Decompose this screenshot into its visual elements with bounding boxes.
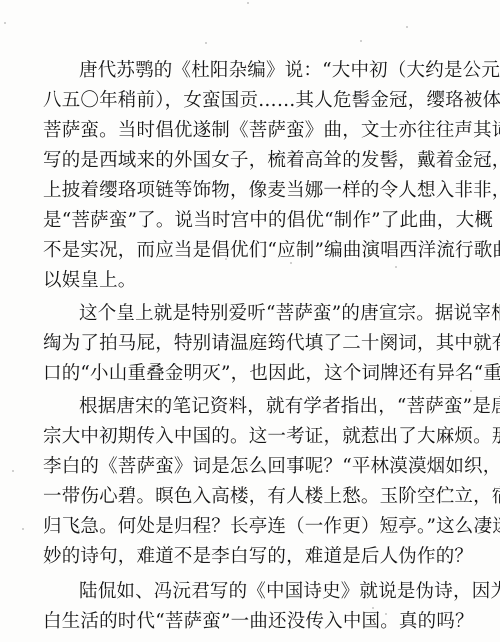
scan-speck [290,262,292,264]
scan-speck [4,22,6,24]
scan-speck [165,252,167,254]
paragraph-3-line-5: 归飞急。何处是归程？长亭连（一作更）短亭。”这么凄迷美 [43,513,457,541]
scan-speck [225,258,227,260]
scanned-book-page: 唐代苏鹗的《杜阳杂编》说：“大中初（大约是公元 八五〇年稍前），女蛮国贡……其人… [0,0,500,642]
paragraph-2-line-1: 这个皇上就是特别爱听“菩萨蛮”的唐宣宗。据说宰相令狐 [79,300,457,328]
scan-speck [395,266,397,268]
paragraph-3-line-4: 一带伤心碧。暝色入高楼，有人楼上愁。玉阶空伫立，宿鸟 [43,483,457,511]
paragraph-3-line-3: 李白的《菩萨蛮》词是怎么回事呢？“平林漠漠烟如织，寒山 [43,453,457,481]
paragraph-4-line-2: 白生活的时代“菩萨蛮”一曲还没传入中国。真的吗？ [43,608,457,636]
scan-speck [115,612,117,614]
paragraph-3-line-6: 妙的诗句，难道不是李白写的，难道是后人伪作的？ [43,543,457,571]
paragraph-1-line-6: 是“菩萨蛮”了。说当时宫中的倡优“制作”了此曲，大概 [43,207,457,235]
scan-speck [406,26,408,28]
paragraph-2-line-3: 口的“小山重叠金明灭”，也因此，这个词牌还有异名“重叠金”。 [43,360,457,388]
paragraph-1-line-4: 写的是西域来的外国女子，梳着高耸的发髻，戴着金冠，身 [43,147,457,175]
paragraph-1-line-1: 唐代苏鹗的《杜阳杂编》说：“大中初（大约是公元 [79,57,457,85]
paragraph-1-line-7: 不是实况，而应当是倡优们“应制”编曲演唱西洋流行歌曲， [43,237,457,265]
scan-speck [205,42,207,44]
scan-speck [372,607,374,609]
scan-speck [493,305,495,307]
scan-speck [247,2,249,4]
scan-speck [488,186,490,188]
paragraph-1-line-3: 菩萨蛮。当时倡优遂制《菩萨蛮》曲，文士亦往往声其词。” [43,117,457,145]
paragraph-1-line-8: 以娱皇上。 [43,267,457,295]
paragraph-1-line-5: 上披着缨珞项链等饰物，像麦当娜一样的令人想入非非，就 [43,177,457,205]
paragraph-1-line-2: 八五〇年稍前），女蛮国贡……其人危髻金冠，缨珞被体，号 [43,87,457,115]
paragraph-3-line-2: 宗大中初期传入中国的。这一考证，就惹出了大麻烦。那么， [43,423,457,451]
paragraph-2-line-2: 绹为了拍马屁，特别请温庭筠代填了二十阕词，其中就有脍炙人 [43,330,457,358]
scan-speck [22,528,24,530]
paragraph-3-line-1: 根据唐宋的笔记资料，就有学者指出，“菩萨蛮”是唐宣 [79,393,457,421]
scan-speck [470,390,472,392]
paragraph-4-line-1: 陆侃如、冯沅君写的《中国诗史》就说是伪诗，因为李 [79,578,457,606]
scan-speck [385,613,387,615]
scan-speck [360,40,362,42]
scan-speck [12,470,14,472]
scan-speck [320,614,322,616]
